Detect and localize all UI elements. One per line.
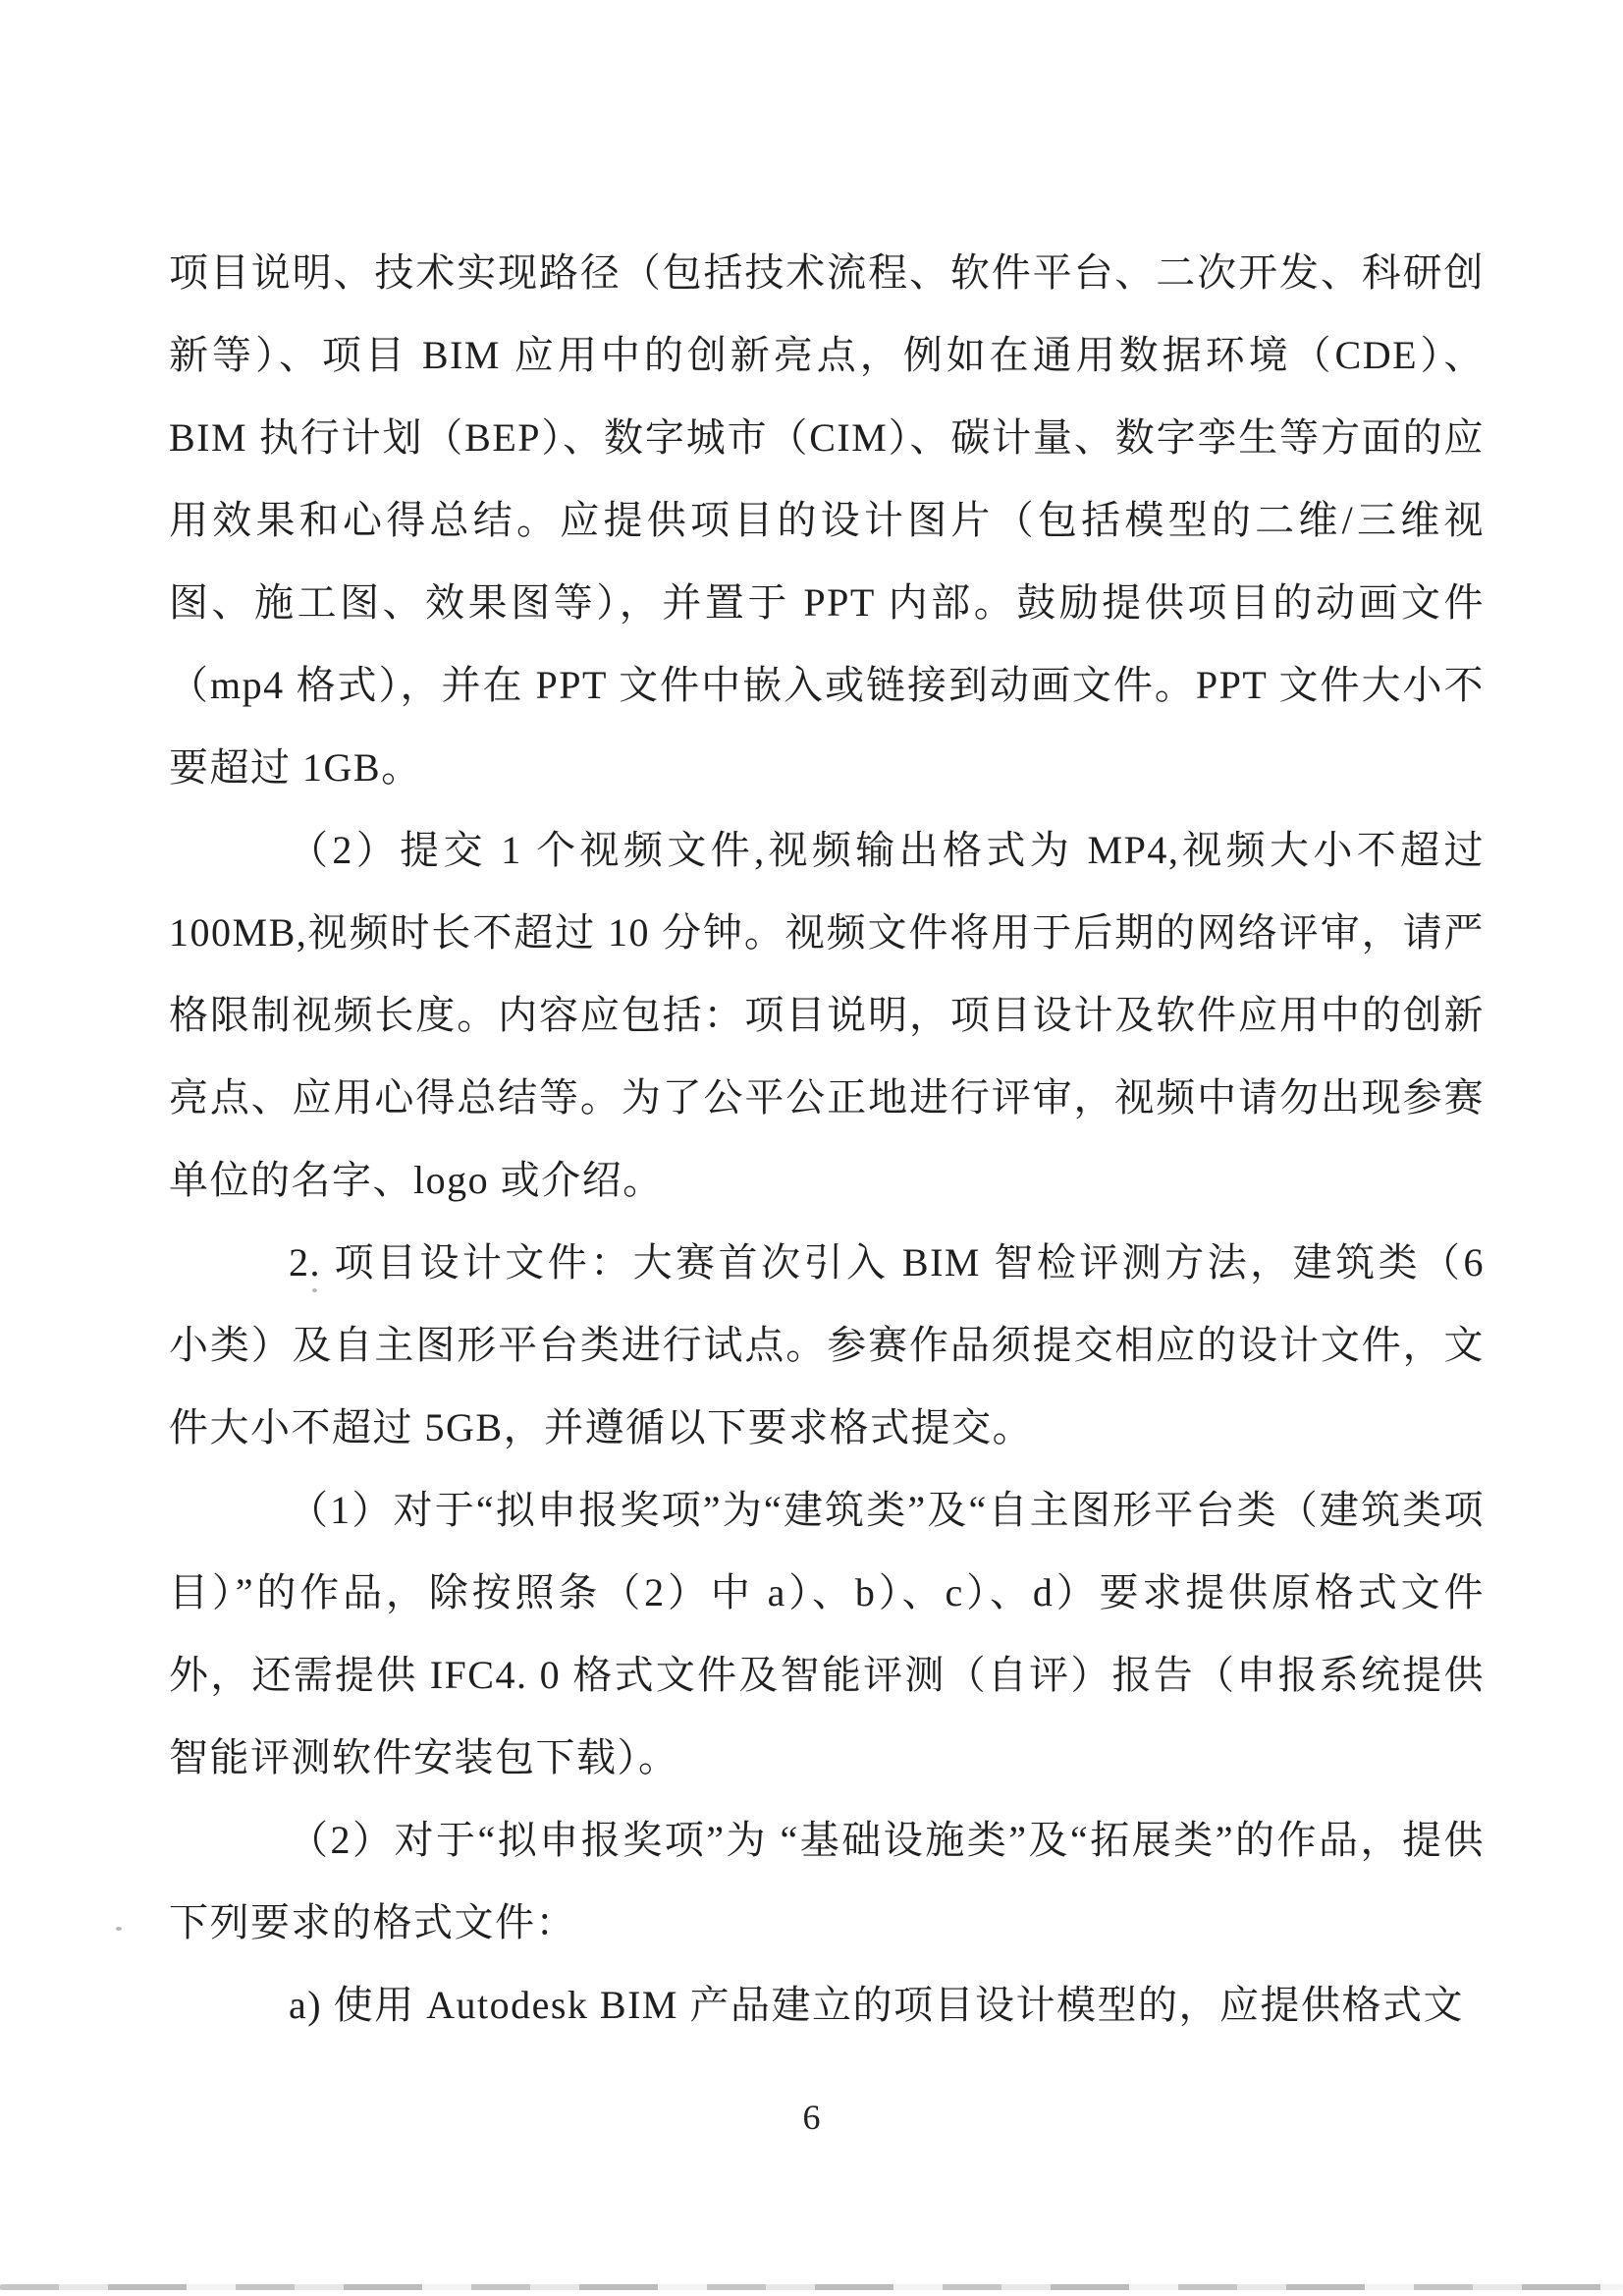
page-number: 6: [0, 2098, 1623, 2137]
ink-speck: [116, 1927, 122, 1931]
paragraph-1: 项目说明、技术实现路径（包括技术流程、软件平台、二次开发、科研创新等）、项目 B…: [169, 232, 1485, 809]
scan-edge-artifact: [0, 2284, 1623, 2290]
paragraph-2: （2）提交 1 个视频文件,视频输出格式为 MP4,视频大小不超过 100MB,…: [169, 809, 1485, 1222]
paragraph-4: （1）对于“拟申报奖项”为“建筑类”及“自主图形平台类（建筑类项目）”的作品，除…: [169, 1469, 1485, 1799]
ink-speck: [312, 1288, 317, 1292]
paragraph-5: （2）对于“拟申报奖项”为 “基础设施类”及“拓展类”的作品，提供下列要求的格式…: [169, 1799, 1485, 1964]
paragraph-6: a) 使用 Autodesk BIM 产品建立的项目设计模型的，应提供格式文: [169, 1964, 1485, 2047]
document-page: 项目说明、技术实现路径（包括技术流程、软件平台、二次开发、科研创新等）、项目 B…: [0, 0, 1623, 2296]
paragraph-3: 2. 项目设计文件：大赛首次引入 BIM 智检评测方法，建筑类（6 小类）及自主…: [169, 1222, 1485, 1469]
page-content: 项目说明、技术实现路径（包括技术流程、软件平台、二次开发、科研创新等）、项目 B…: [169, 232, 1485, 2047]
